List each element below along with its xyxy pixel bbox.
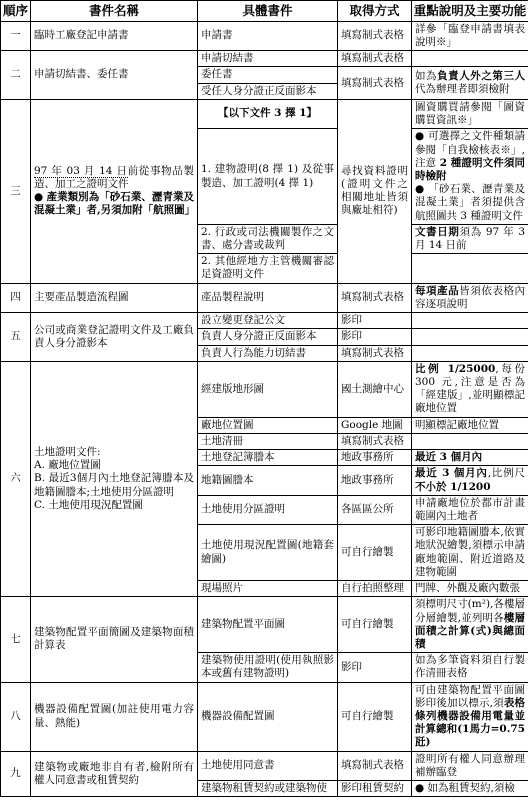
table-row: 九建築物或廠地非自有者,檢附所有權人同意書或租賃契約土地使用同意書填寫制式表格證… — [1, 751, 528, 780]
document-name-cell: 97 年 03 月 14 日前從事物品製造、加工之證明文件● 產業類別為「砂石業… — [31, 99, 198, 283]
text-segment: 最近 3 個月內 — [415, 451, 482, 463]
text-segment: 樓層面積之計算(式)與總面積 — [415, 612, 525, 650]
acquisition-method-cell: 可自行繪製 — [338, 525, 412, 581]
specific-document-cell: 地籍圖謄本 — [198, 466, 338, 495]
acquisition-method-cell: Google 地圖 — [338, 417, 412, 433]
table-row: 五公司或商業登記證明文件及工廠負責人身分證影本設立變更登記公文影印 — [1, 313, 528, 329]
acquisition-method-cell: 影印租賃契約 — [338, 781, 412, 797]
notes-cell: 最近 3 個月內,比例尺不小於 1/1200 — [412, 466, 528, 495]
text-segment: 97 年 03 月 14 日 — [34, 165, 128, 178]
order-cell: 八 — [1, 682, 31, 751]
acquisition-method-cell: 地政事務所 — [338, 466, 412, 495]
acquisition-method-cell: 地政事務所 — [338, 450, 412, 466]
notes-cell: 可影印地籍圖謄本,依實地狀況繪製,須標示申請廠地範圍、附近道路及建物範圍 — [412, 525, 528, 581]
acquisition-method-cell: 影印 — [338, 329, 412, 345]
specific-document-cell: 2. 行政或司法機關製作之文書、處分書或裁判 — [198, 224, 338, 253]
acquisition-method-cell: 填寫制式表格 — [338, 345, 412, 361]
text-segment: 每項產品 — [415, 285, 459, 297]
acquisition-method-cell: 可自行繪製 — [338, 597, 412, 653]
specific-document-cell: 土地使用現況配置圖(地籍套繪圖) — [198, 525, 338, 581]
notes-cell: 每項產品皆須依表格內容逐項說明 — [412, 283, 528, 312]
table-row: 四主要產品製造流程圖產品製程說明填寫制式表格每項產品皆須依表格內容逐項說明 — [1, 283, 528, 312]
acquisition-method-cell: 影印 — [338, 313, 412, 329]
specific-document-cell: 經建版地形圖 — [198, 361, 338, 417]
notes-cell: 證明所有權人同意辦理補辦臨登 — [412, 751, 528, 780]
column-header: 重點說明及主要功能 — [412, 1, 528, 22]
order-cell: 五 — [1, 313, 31, 362]
specific-document-cell: 負責人身分證正反面影本 — [198, 329, 338, 345]
acquisition-method-cell: 填寫制式表格 — [338, 67, 412, 99]
document-name-cell: 土地證明文件:A. 廠地位置圖B. 最近3個月內土地登記簿謄本及地籍圖謄本;土地… — [31, 361, 198, 597]
column-header: 書件名稱 — [31, 1, 198, 22]
specific-document-cell: 土地清冊 — [198, 433, 338, 449]
document-name-cell: 臨時工廠登記申請書 — [31, 21, 198, 50]
table-row: 七建築物配置平面簡圖及建築物面積計算表建築物配置平面圖可自行繪製須標明尺寸(m²… — [1, 597, 528, 653]
notes-cell — [412, 433, 528, 449]
notes-cell — [412, 51, 528, 67]
acquisition-method-cell: 填寫制式表格 — [338, 21, 412, 50]
notes-cell: 申請廠地位於都市計畫範圍內土地者 — [412, 495, 528, 524]
text-segment: 文書日期 — [415, 226, 460, 238]
specific-document-cell: 現場照片 — [198, 581, 338, 597]
notes-cell: 須標明尺寸(m²),各樓層分層繪製,並列明各樓層面積之計算(式)與總面積 — [412, 597, 528, 653]
notes-cell: 如為多筆資料須自行製作清冊表格 — [412, 653, 528, 682]
document-requirements-table: 順序書件名稱具體書件取得方式重點說明及主要功能 一臨時工廠登記申請書申請書填寫制… — [0, 0, 528, 797]
specific-document-cell: 產品製程說明 — [198, 283, 338, 312]
specific-document-cell: 廠地位置圖 — [198, 417, 338, 433]
document-name-cell: 申請切結書、委任書 — [31, 51, 198, 100]
order-cell: 二 — [1, 51, 31, 100]
notes-cell — [412, 345, 528, 361]
table-body: 一臨時工廠登記申請書申請書填寫制式表格詳參「臨登申請書填表說明※」二申請切結書、… — [1, 21, 528, 797]
order-cell: 三 — [1, 99, 31, 283]
notes-cell — [412, 313, 528, 329]
specific-document-cell: 建築物使用證明(使用執照影本或舊有建物證明) — [198, 653, 338, 682]
acquisition-method-cell: 填寫制式表格 — [338, 283, 412, 312]
notes-cell: 門牌、外觀及廠內數張 — [412, 581, 528, 597]
specific-document-cell: 2. 其他經地方主管機關審認足資證明文件 — [198, 254, 338, 283]
table-row: 三97 年 03 月 14 日前從事物品製造、加工之證明文件● 產業類別為「砂石… — [1, 99, 528, 128]
order-cell: 七 — [1, 597, 31, 682]
notes-cell: 文書日期須為 97 年 3 月 14 日前 — [412, 224, 528, 253]
notes-cell — [412, 254, 528, 283]
specific-document-cell: 土地使用分區證明 — [198, 495, 338, 524]
notes-cell: 如為負責人外之第三人代為辦理者即須檢附 — [412, 67, 528, 99]
specific-document-cell: 建築物配置平面圖 — [198, 597, 338, 653]
acquisition-method-cell: 填寫制式表格 — [338, 433, 412, 449]
acquisition-method-cell: 國土測繪中心 — [338, 361, 412, 417]
acquisition-method-cell: 影印 — [338, 653, 412, 682]
notes-cell: 可由建築物配置平面圖影印後加以標示,須表格條列機器設備用電量並計算總和(1馬力=… — [412, 682, 528, 751]
document-name-cell: 建築物配置平面簡圖及建築物面積計算表 — [31, 597, 198, 682]
specific-document-cell: 建築物租賃契約或建築物使 — [198, 781, 338, 797]
notes-cell: 明顯標記廠地位置 — [412, 417, 528, 433]
order-cell: 九 — [1, 751, 31, 797]
notes-cell: 圖資購買請參閱「圖資購買資訊※」 — [412, 99, 528, 128]
specific-document-cell: 機器設備配置圖 — [198, 682, 338, 751]
text-segment: 不小於 1/1200 — [415, 481, 491, 493]
notes-cell: 詳參「臨登申請書填表說明※」 — [412, 21, 528, 50]
notes-cell: ● 如為租賃契約,須檢 — [412, 781, 528, 797]
column-header: 順序 — [1, 1, 31, 22]
acquisition-method-cell: 填寫制式表格 — [338, 51, 412, 67]
document-name-cell: 公司或商業登記證明文件及工廠負責人身分證影本 — [31, 313, 198, 362]
specific-document-cell: 受任人身分證正反面影本 — [198, 83, 338, 99]
specific-document-cell: 設立變更登記公文 — [198, 313, 338, 329]
specific-document-cell: 【以下文件 3 擇 1】 — [198, 99, 338, 128]
specific-document-cell: 土地登記簿謄本 — [198, 450, 338, 466]
specific-document-cell: 1. 建物證明(8 擇 1) 及從事製造、加工證明(4 擇 1) — [198, 129, 338, 225]
document-name-cell: 主要產品製造流程圖 — [31, 283, 198, 312]
specific-document-cell: 申請書 — [198, 21, 338, 50]
specific-document-cell: 委任書 — [198, 67, 338, 83]
specific-document-cell: 負責人行為能力切結書 — [198, 345, 338, 361]
acquisition-method-cell: 自行拍照整理 — [338, 581, 412, 597]
acquisition-method-cell: 尋找資料證明(證明文件之相關地址皆須與廠址相符) — [338, 99, 412, 283]
notes-cell: 比例 1/25000,每份 300 元,注意是否為「經建版」,並明顯標記廠地位置 — [412, 361, 528, 417]
order-cell: 四 — [1, 283, 31, 312]
text-segment: 【以下文件 3 擇 1】 — [218, 107, 317, 119]
order-cell: 六 — [1, 361, 31, 597]
document-name-cell: 機器設備配置圖(加註使用電力容量、熱能) — [31, 682, 198, 751]
text-segment: 最近 3 個月內 — [415, 467, 488, 479]
acquisition-method-cell: 可自行繪製 — [338, 682, 412, 751]
column-header: 取得方式 — [338, 1, 412, 22]
notes-cell — [412, 329, 528, 345]
specific-document-cell: 土地使用同意書 — [198, 751, 338, 780]
table-row: 六土地證明文件:A. 廠地位置圖B. 最近3個月內土地登記簿謄本及地籍圖謄本;土… — [1, 361, 528, 417]
table-row: 一臨時工廠登記申請書申請書填寫制式表格詳參「臨登申請書填表說明※」 — [1, 21, 528, 50]
notes-cell: ● 可選擇之文件種類請參閱「自我檢核表※」,注意 2 種證明文件須同時檢附● 「… — [412, 129, 528, 225]
table-row: 二申請切結書、委任書申請切結書填寫制式表格 — [1, 51, 528, 67]
document-name-cell: 建築物或廠地非自有者,檢附所有權人同意書或租賃契約 — [31, 751, 198, 797]
text-segment: 比例 1/25000 — [415, 363, 495, 375]
text-segment: 負責人外之第三人 — [437, 70, 525, 82]
text-segment: 表格條列機器設備用電量並計算總和(1馬力=0.75瓩) — [415, 697, 525, 749]
acquisition-method-cell: 填寫制式表格 — [338, 751, 412, 780]
acquisition-method-cell: 各區區公所 — [338, 495, 412, 524]
header-row: 順序書件名稱具體書件取得方式重點說明及主要功能 — [1, 1, 528, 22]
notes-cell: 最近 3 個月內 — [412, 450, 528, 466]
table-row: 八機器設備配置圖(加註使用電力容量、熱能)機器設備配置圖可自行繪製可由建築物配置… — [1, 682, 528, 751]
order-cell: 一 — [1, 21, 31, 50]
text-segment: 2 種證明文件須同時檢附 — [415, 157, 525, 182]
column-header: 具體書件 — [198, 1, 338, 22]
text-segment: 產業類別為「砂石業、瀝青業及混凝土業」者,另須加附「航照圖」 — [34, 191, 195, 216]
specific-document-cell: 申請切結書 — [198, 51, 338, 67]
